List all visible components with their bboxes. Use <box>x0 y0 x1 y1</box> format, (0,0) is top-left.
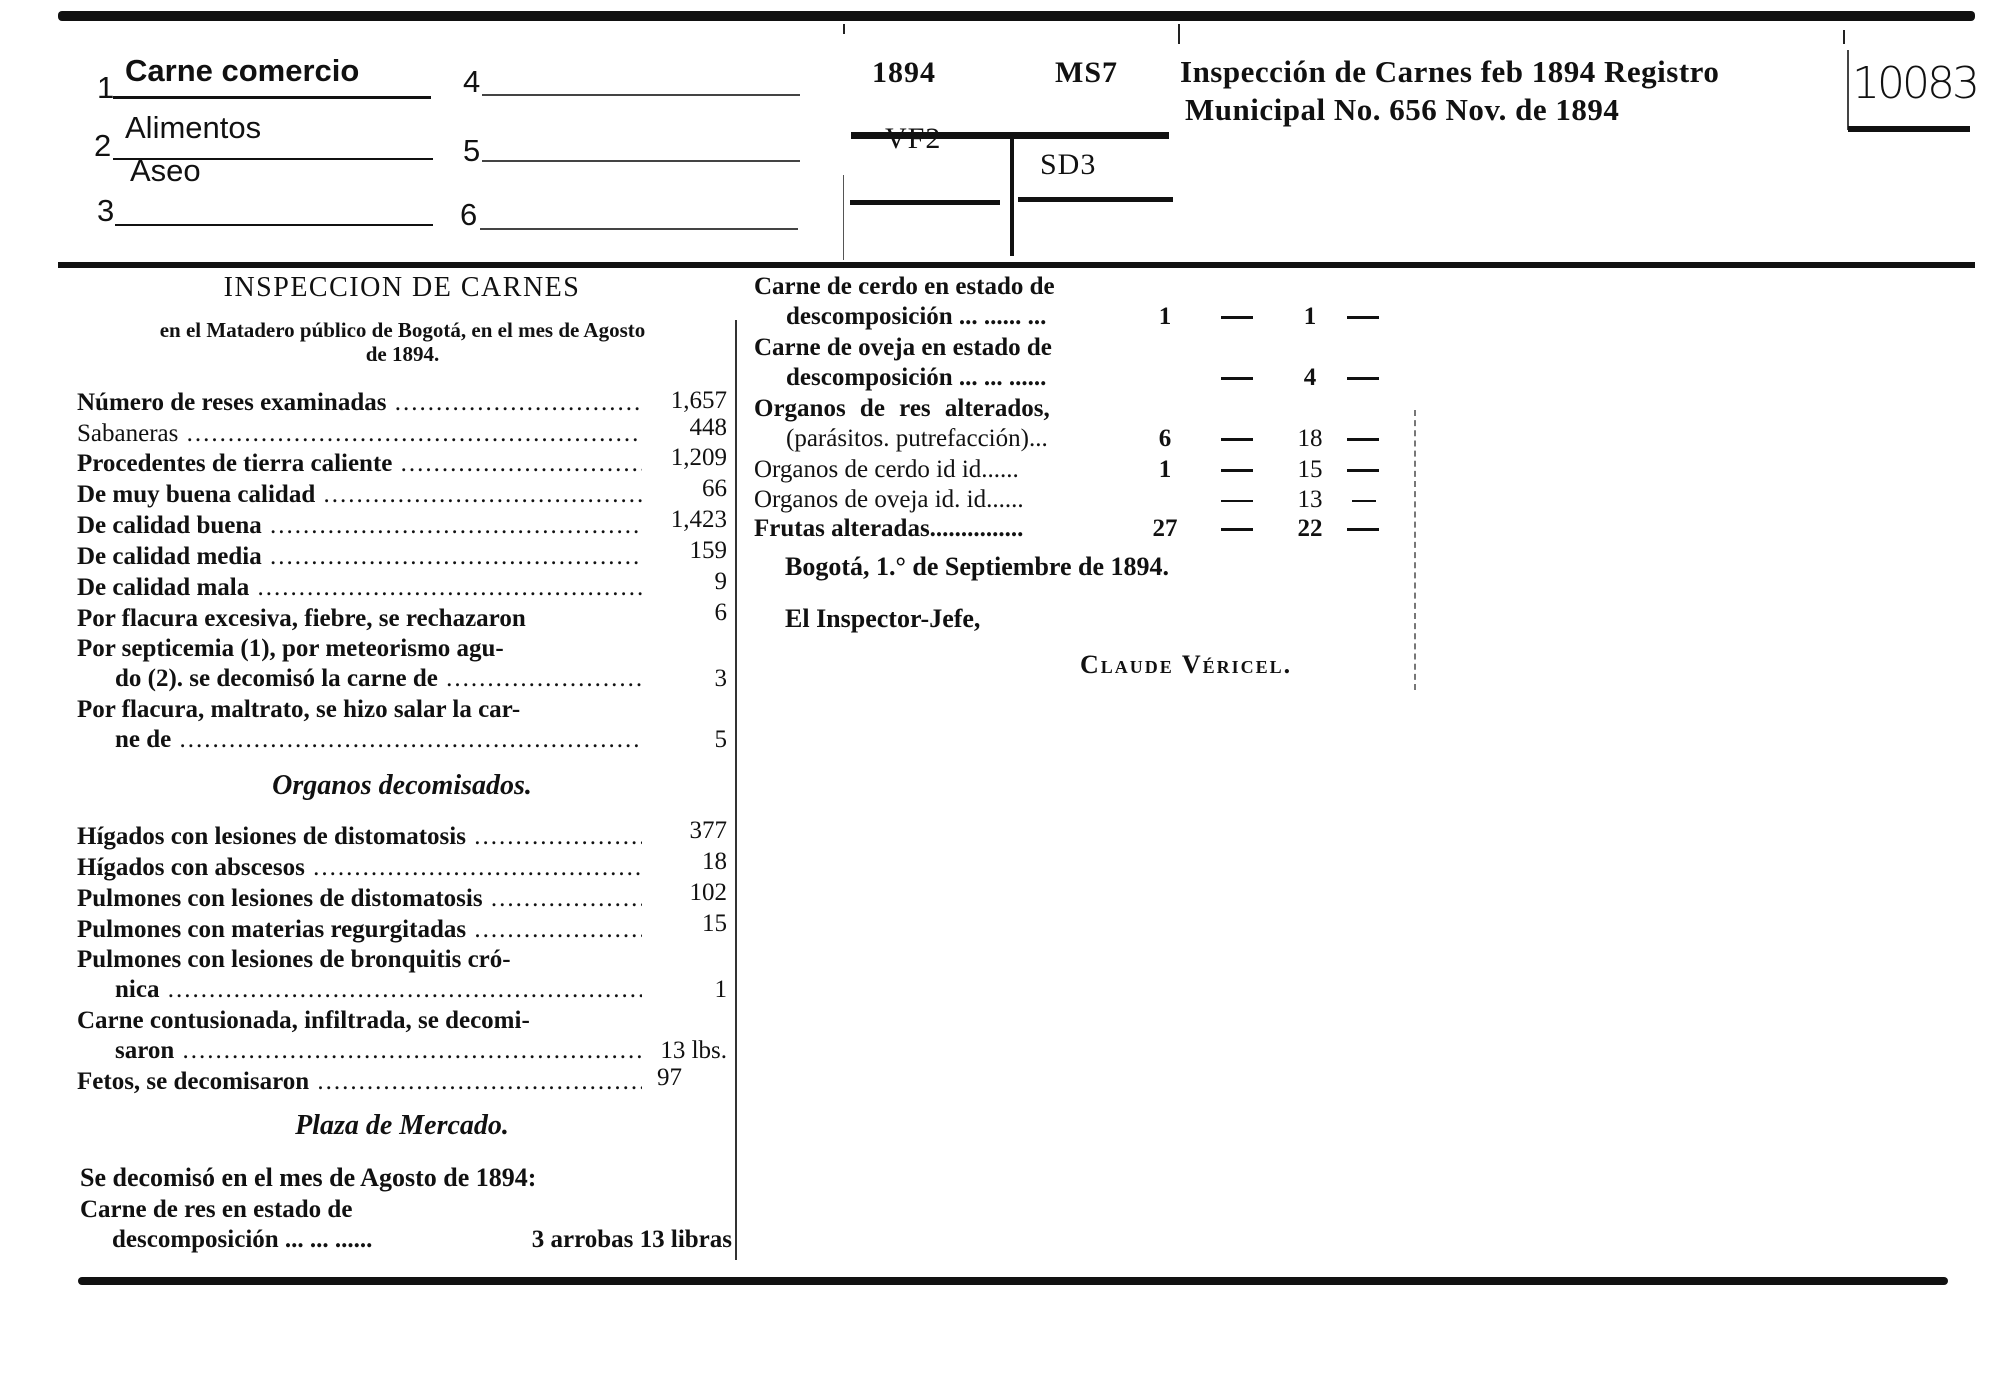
table-row: Fetos, se decomisaron 97 <box>77 1067 727 1097</box>
row-label: Carne de oveja en estado de <box>754 333 1129 363</box>
table-row: Organos de res alterados, (parásitos. pu… <box>754 394 1414 454</box>
row-value: 3 <box>715 664 728 694</box>
table-row: Por flacura, maltrato, se hizo salar la … <box>77 695 727 755</box>
row-label: De calidad buena <box>77 511 642 541</box>
dash-2 <box>1347 316 1379 319</box>
table-row: Número de reses examinadas 1,657 <box>77 388 727 418</box>
dash-1 <box>1221 377 1253 380</box>
row-label: Frutas alteradas............... <box>754 514 1129 544</box>
row-label: Organos de oveja id. id...... <box>754 485 1129 515</box>
row-label: Carne de res en estado de <box>80 1195 730 1225</box>
row-value: 5 <box>715 725 728 755</box>
field-underline <box>482 160 800 162</box>
dash-1 <box>1221 316 1253 319</box>
code-ms: MS7 <box>1055 56 1118 90</box>
row-label: Pulmones con lesiones de bronquitis cró- <box>77 945 642 975</box>
table-row: Pulmones con lesiones de distomatosis 10… <box>77 884 727 914</box>
row-value: 102 <box>690 878 728 908</box>
table-row: Frutas alteradas............... 27 22 <box>754 514 1414 544</box>
field-underline <box>113 158 433 160</box>
table-row: Organos de oveja id. id...... 13 <box>754 485 1414 515</box>
table-row: Pulmones con materias regurgitadas 15 <box>77 915 727 945</box>
row-label: Número de reses examinadas <box>77 388 642 418</box>
row-label: De calidad media <box>77 542 642 572</box>
row-value: 1,657 <box>671 386 727 416</box>
field-value: Alimentos <box>125 110 261 146</box>
value-b: 1 <box>1290 302 1330 332</box>
row-value: 1,423 <box>671 505 727 535</box>
row-label-continued: saron <box>77 1036 642 1066</box>
row-value: 97 <box>657 1063 682 1093</box>
code-vf: VF2 <box>885 122 941 156</box>
row-label-continued: ne de <box>77 725 642 755</box>
row-label: Sabaneras <box>77 419 642 449</box>
row-label-continued: descomposición ... ... ...... <box>754 363 1129 393</box>
table-row: De calidad media 159 <box>77 542 727 572</box>
row-label: Hígados con abscesos <box>77 853 642 883</box>
subtitle-line-1: en el Matadero público de Bogotá, en el … <box>160 318 646 342</box>
field-underline <box>113 96 431 99</box>
row-label-continued: descomposición ... ...... ... <box>754 302 1129 332</box>
field-number: 2 <box>94 128 111 164</box>
signatory-title: El Inspector-Jefe, <box>785 604 980 634</box>
table-row: De calidad buena 1,423 <box>77 511 727 541</box>
row-label: Pulmones con lesiones de distomatosis <box>77 884 642 914</box>
codes-rule-right <box>1018 197 1173 202</box>
code-sd: SD3 <box>1040 148 1096 182</box>
header-tick-2 <box>1178 24 1180 44</box>
code-year: 1894 <box>872 56 936 90</box>
row-value: 66 <box>702 474 727 504</box>
table-row: Carne contusionada, infiltrada, se decom… <box>77 1006 727 1066</box>
report-title: INSPECCION DE CARNES <box>77 272 727 304</box>
field-value: Carne comercio <box>125 53 359 89</box>
table-row: Carne de oveja en estado de descomposici… <box>754 333 1414 393</box>
dash-2 <box>1347 438 1379 441</box>
dash-1 <box>1221 528 1253 531</box>
header-tick-1 <box>843 24 845 34</box>
dash-2 <box>1347 469 1379 472</box>
plaza-heading: Plaza de Mercado. <box>77 1110 727 1142</box>
column-divider <box>735 320 737 1260</box>
dash-1 <box>1221 500 1253 502</box>
row-value: 6 <box>715 598 728 628</box>
table-row: Por flacura excesiva, fiebre, se rechaza… <box>77 604 727 634</box>
description-line-2: Municipal No. 656 Nov. de 1894 <box>1185 92 1619 128</box>
table-row: Procedentes de tierra caliente 1,209 <box>77 449 727 479</box>
value-b: 13 <box>1290 485 1330 515</box>
field-number: 1 <box>97 70 114 106</box>
header-bottom-rule <box>58 262 1975 268</box>
description-line-1: Inspección de Carnes feb 1894 Registro <box>1180 54 1719 90</box>
top-rule <box>58 11 1975 21</box>
row-label: Organos de res alterados, <box>754 394 1129 424</box>
row-value: 15 <box>702 909 727 939</box>
value-b: 4 <box>1290 363 1330 393</box>
row-value: 13 lbs. <box>660 1036 727 1066</box>
plaza-row: Carne de res en estado de descomposición… <box>80 1195 730 1255</box>
table-row: Por septicemia (1), por meteorismo agu- … <box>77 634 727 694</box>
field-underline <box>480 228 798 230</box>
organos-heading: Organos decomisados. <box>77 770 727 802</box>
codes-rule-left <box>850 200 1000 205</box>
header-tick-3 <box>1843 30 1845 44</box>
right-column-edge <box>1414 410 1416 690</box>
table-row: Carne de cerdo en estado de descomposici… <box>754 272 1414 332</box>
field-number: 3 <box>97 193 114 229</box>
row-label: Por flacura, maltrato, se hizo salar la … <box>77 695 642 725</box>
row-label: Carne contusionada, infiltrada, se decom… <box>77 1006 642 1036</box>
row-label: Pulmones con materias regurgitadas <box>77 915 642 945</box>
bottom-rule <box>78 1277 1948 1285</box>
table-row: De muy buena calidad 66 <box>77 480 727 510</box>
row-label: Hígados con lesiones de distomatosis <box>77 822 642 852</box>
row-value: 1 <box>715 975 728 1005</box>
header-record-divider <box>1847 50 1849 130</box>
row-label: Por flacura excesiva, fiebre, se rechaza… <box>77 604 642 634</box>
row-value: 159 <box>690 536 728 566</box>
value-a: 1 <box>1145 302 1185 332</box>
dash-1 <box>1221 469 1253 472</box>
header-divider-codes <box>843 175 844 260</box>
value-b: 22 <box>1290 514 1330 544</box>
record-underline <box>1848 126 1970 132</box>
row-value: 9 <box>715 567 728 597</box>
codes-divider <box>1010 136 1014 256</box>
table-row: Hígados con abscesos 18 <box>77 853 727 883</box>
row-value: 18 <box>702 847 727 877</box>
row-label: Carne de cerdo en estado de <box>754 272 1129 302</box>
table-row: Pulmones con lesiones de bronquitis cró-… <box>77 945 727 1005</box>
row-label-continued: nica <box>77 975 642 1005</box>
field-number: 6 <box>460 197 477 233</box>
dash-2 <box>1347 528 1379 531</box>
plaza-intro: Se decomisó en el mes de Agosto de 1894: <box>80 1163 536 1193</box>
row-label: Procedentes de tierra caliente <box>77 449 642 479</box>
record-number: 10083 <box>1852 58 1977 109</box>
field-underline <box>482 94 800 96</box>
value-a: 6 <box>1145 424 1185 454</box>
field-number: 4 <box>463 64 480 100</box>
row-label: Por septicemia (1), por meteorismo agu- <box>77 634 642 664</box>
row-value: 377 <box>690 816 728 846</box>
field-number: 5 <box>463 133 480 169</box>
value-b: 15 <box>1290 455 1330 485</box>
row-label: Organos de cerdo id id...... <box>754 455 1129 485</box>
report-subtitle: en el Matadero público de Bogotá, en el … <box>70 318 735 366</box>
signatory-name: Claude Véricel. <box>1080 650 1292 680</box>
row-value: 1,209 <box>671 443 727 473</box>
row-label: De calidad mala <box>77 573 642 603</box>
table-row: Hígados con lesiones de distomatosis 377 <box>77 822 727 852</box>
row-value: 3 arrobas 13 libras <box>532 1225 732 1255</box>
value-b: 18 <box>1290 424 1330 454</box>
date-line: Bogotá, 1.° de Septiembre de 1894. <box>785 552 1169 582</box>
field-underline <box>115 224 433 226</box>
dash-2 <box>1352 500 1376 502</box>
row-label: Fetos, se decomisaron <box>77 1067 642 1097</box>
value-a: 27 <box>1145 514 1185 544</box>
table-row: De calidad mala 9 <box>77 573 727 603</box>
subtitle-line-2: de 1894. <box>366 342 440 366</box>
value-a: 1 <box>1145 455 1185 485</box>
row-label-continued: do (2). se decomisó la carne de <box>77 664 642 694</box>
dash-1 <box>1221 438 1253 441</box>
table-row: Organos de cerdo id id...... 1 15 <box>754 455 1414 485</box>
table-row: Sabaneras 448 <box>77 419 727 449</box>
row-label-continued: (parásitos. putrefacción)... <box>754 424 1129 454</box>
row-label: De muy buena calidad <box>77 480 642 510</box>
dash-2 <box>1347 377 1379 380</box>
row-value: 448 <box>690 413 728 443</box>
